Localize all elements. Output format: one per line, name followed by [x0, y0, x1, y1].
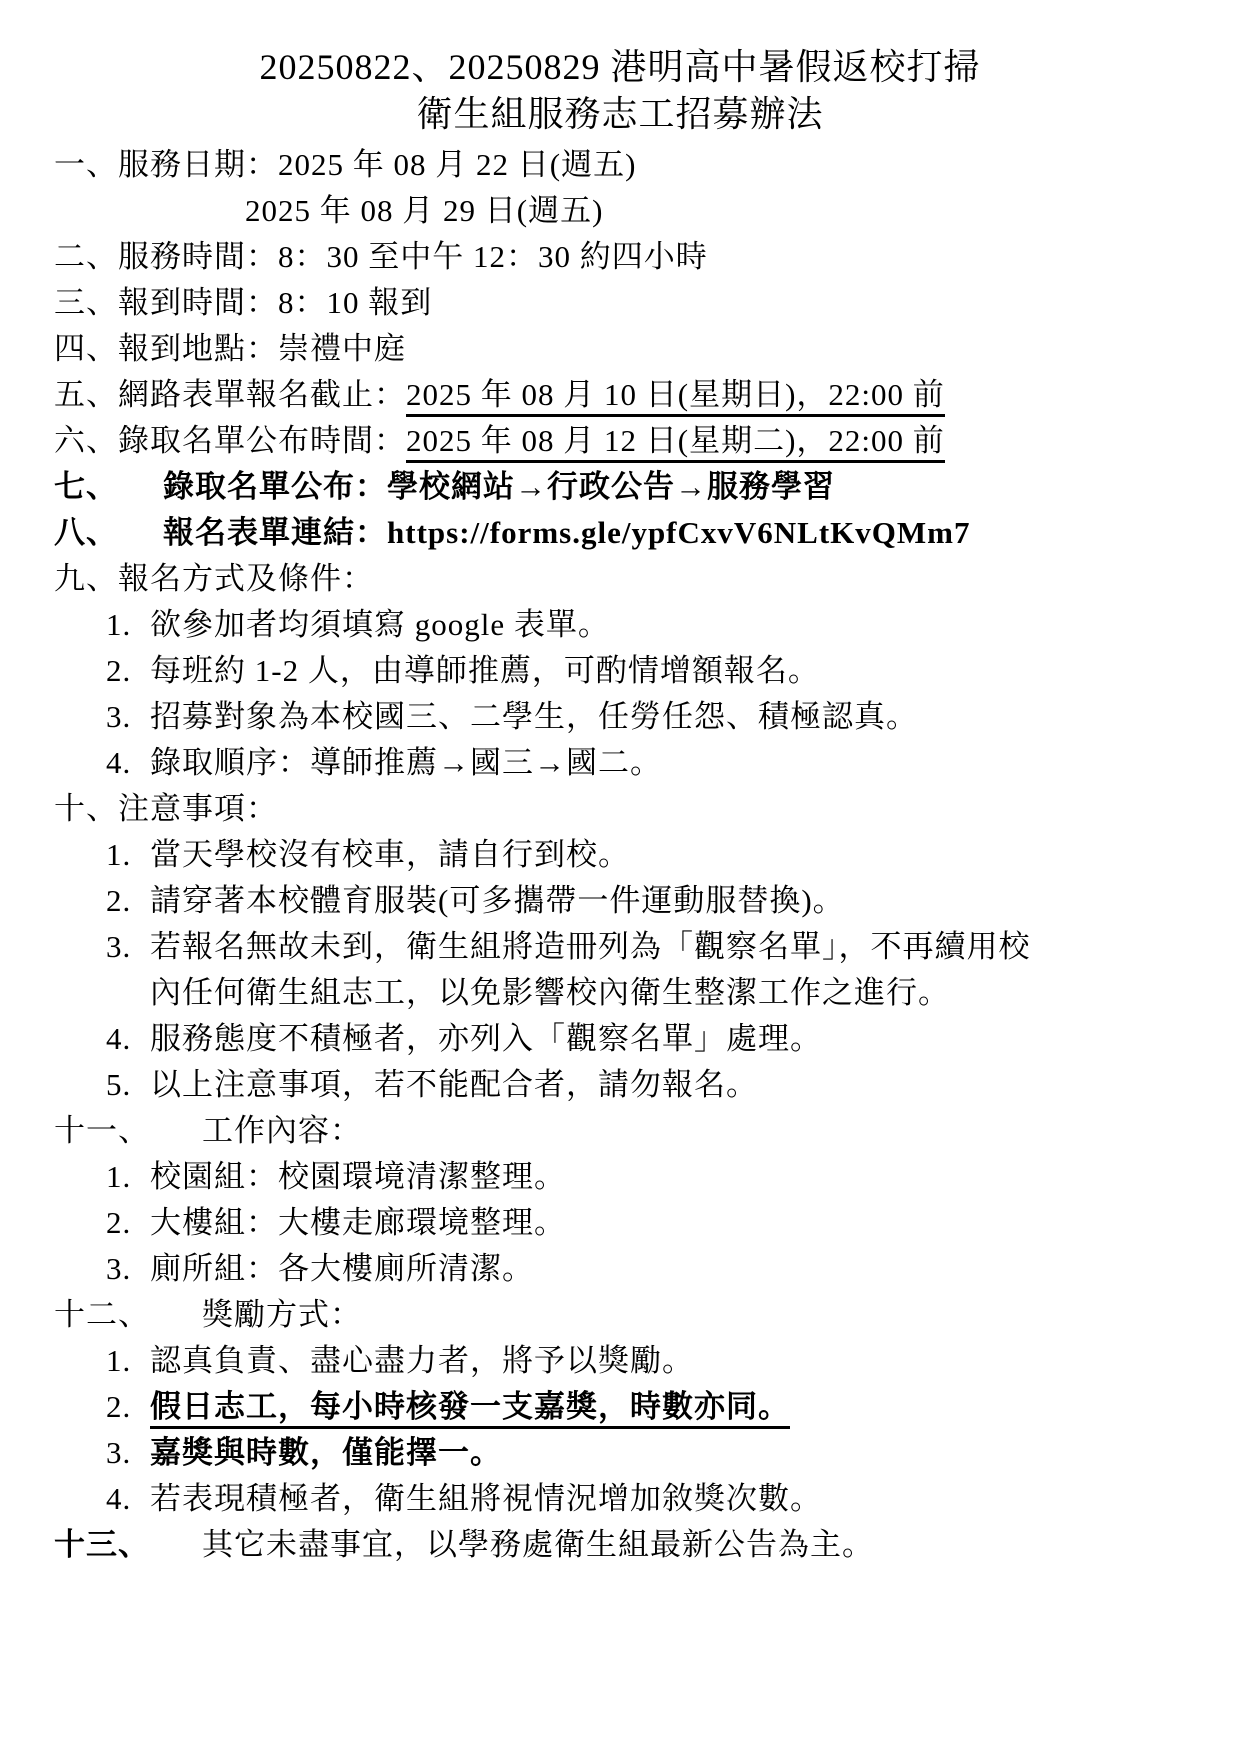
doc-line: 一、服務日期：2025 年 08 月 22 日(週五): [54, 142, 1200, 188]
item-ordinal: 十三、: [54, 1522, 202, 1568]
doc-line: 4.服務態度不積極者，亦列入「觀察名單」處理。: [54, 1016, 1200, 1062]
text-segment: 校園組：校園環境清潔整理。: [150, 1159, 566, 1194]
item-ordinal: 七、: [54, 464, 163, 510]
text-segment: 三、報到時間：8：10 報到: [54, 285, 432, 320]
text-segment: 其它未盡事宜，以學務處衛生組最新公告為主。: [202, 1527, 874, 1562]
document-title-line2: 衛生組服務志工招募辦法: [0, 91, 1240, 138]
item-number: 1.: [106, 832, 150, 878]
text-segment: 報名表單連結：: [163, 515, 387, 550]
text-segment: 六、錄取名單公布時間：: [54, 423, 406, 458]
text-segment: 工作內容：: [202, 1113, 362, 1148]
doc-line: 二、服務時間：8：30 至中午 12：30 約四小時: [54, 234, 1200, 280]
doc-line: 2.每班約 1-2 人，由導師推薦，可酌情增額報名。: [54, 648, 1200, 694]
item-number: 5.: [106, 1062, 150, 1108]
text-segment: 假日志工，每小時核發一支嘉獎，時數亦同。: [150, 1389, 790, 1429]
text-segment: 每班約 1-2 人，由導師推薦，可酌情增額報名。: [150, 653, 820, 688]
text-segment: 請穿著本校體育服裝(可多攜帶一件運動服替換)。: [150, 883, 845, 918]
document-body: 一、服務日期：2025 年 08 月 22 日(週五)2025 年 08 月 2…: [0, 142, 1240, 1568]
doc-line: 五、網路表單報名截止：2025 年 08 月 10 日(星期日)，22:00 前: [54, 372, 1200, 418]
url-text: https://forms.gle/ypfCxvV6NLtKvQMm7: [387, 515, 970, 550]
doc-line: 2025 年 08 月 29 日(週五): [54, 188, 1200, 234]
text-segment: 廁所組：各大樓廁所清潔。: [150, 1251, 534, 1286]
item-number: 4.: [106, 1476, 150, 1522]
item-number: 1.: [106, 602, 150, 648]
item-number: 4.: [106, 1016, 150, 1062]
item-number: 3.: [106, 924, 150, 970]
text-segment: 招募對象為本校國三、二學生，任勞任怨、積極認真。: [150, 699, 918, 734]
doc-line: 八、報名表單連結：https://forms.gle/ypfCxvV6NLtKv…: [54, 510, 1200, 556]
text-segment: 錄取順序：導師推薦→國三→國二。: [150, 745, 662, 780]
doc-line: 六、錄取名單公布時間：2025 年 08 月 12 日(星期二)，22:00 前: [54, 418, 1200, 464]
item-ordinal: 十一、: [54, 1108, 202, 1154]
text-segment: 九、報名方式及條件：: [54, 561, 374, 596]
item-number: 2.: [106, 648, 150, 694]
doc-line: 5.以上注意事項，若不能配合者，請勿報名。: [54, 1062, 1200, 1108]
text-segment: 十、注意事項：: [54, 791, 278, 826]
document-title-line1: 20250822、20250829 港明高中暑假返校打掃: [0, 44, 1240, 91]
item-number: 3.: [106, 694, 150, 740]
text-segment: 欲參加者均須填寫 google 表單。: [150, 607, 610, 642]
text-segment: 錄取名單公布：學校網站→行政公告→服務學習: [163, 469, 835, 504]
text-segment: 2025 年 08 月 12 日(星期二)，22:00 前: [406, 423, 945, 463]
doc-line: 2.大樓組：大樓走廊環境整理。: [54, 1200, 1200, 1246]
text-segment: 大樓組：大樓走廊環境整理。: [150, 1205, 566, 1240]
doc-line: 七、錄取名單公布：學校網站→行政公告→服務學習: [54, 464, 1200, 510]
doc-line: 十二、獎勵方式：: [54, 1292, 1200, 1338]
doc-line: 十、注意事項：: [54, 786, 1200, 832]
doc-line: 1.當天學校沒有校車，請自行到校。: [54, 832, 1200, 878]
item-number: 4.: [106, 740, 150, 786]
item-number: 1.: [106, 1338, 150, 1384]
doc-line: 1.校園組：校園環境清潔整理。: [54, 1154, 1200, 1200]
doc-line: 十一、工作內容：: [54, 1108, 1200, 1154]
document-page: 20250822、20250829 港明高中暑假返校打掃 衛生組服務志工招募辦法…: [0, 0, 1240, 1754]
doc-line: 3.招募對象為本校國三、二學生，任勞任怨、積極認真。: [54, 694, 1200, 740]
text-segment: 內任何衛生組志工，以免影響校內衛生整潔工作之進行。: [150, 975, 950, 1010]
item-number: 1.: [106, 1154, 150, 1200]
doc-line: 十三、其它未盡事宜，以學務處衛生組最新公告為主。: [54, 1522, 1200, 1568]
text-segment: 2025 年 08 月 10 日(星期日)，22:00 前: [406, 377, 945, 417]
doc-line: 九、報名方式及條件：: [54, 556, 1200, 602]
doc-line: 1.認真負責、盡心盡力者，將予以獎勵。: [54, 1338, 1200, 1384]
item-number: 3.: [106, 1430, 150, 1476]
doc-line: 4.錄取順序：導師推薦→國三→國二。: [54, 740, 1200, 786]
doc-line: 3.嘉獎與時數，僅能擇一。: [54, 1430, 1200, 1476]
text-segment: 2025 年 08 月 29 日(週五): [245, 193, 603, 228]
text-segment: 當天學校沒有校車，請自行到校。: [150, 837, 630, 872]
text-segment: 服務態度不積極者，亦列入「觀察名單」處理。: [150, 1021, 822, 1056]
doc-line: 1.欲參加者均須填寫 google 表單。: [54, 602, 1200, 648]
doc-line: 2.假日志工，每小時核發一支嘉獎，時數亦同。: [54, 1384, 1200, 1430]
text-segment: 一、服務日期：2025 年 08 月 22 日(週五): [54, 147, 636, 182]
text-segment: 五、網路表單報名截止：: [54, 377, 406, 412]
doc-line: 3.若報名無故未到，衛生組將造冊列為「觀察名單」，不再續用校: [54, 924, 1200, 970]
doc-line: 內任何衛生組志工，以免影響校內衛生整潔工作之進行。: [54, 970, 1200, 1016]
text-segment: 認真負責、盡心盡力者，將予以獎勵。: [150, 1343, 694, 1378]
text-segment: 若報名無故未到，衛生組將造冊列為「觀察名單」，不再續用校: [150, 929, 1031, 964]
text-segment: 四、報到地點：崇禮中庭: [54, 331, 406, 366]
doc-line: 3.廁所組：各大樓廁所清潔。: [54, 1246, 1200, 1292]
item-ordinal: 八、: [54, 510, 163, 556]
text-segment: 以上注意事項，若不能配合者，請勿報名。: [150, 1067, 758, 1102]
doc-line: 2.請穿著本校體育服裝(可多攜帶一件運動服替換)。: [54, 878, 1200, 924]
item-number: 2.: [106, 878, 150, 924]
text-segment: 嘉獎與時數，僅能擇一。: [150, 1435, 502, 1470]
text-segment: 獎勵方式：: [202, 1297, 362, 1332]
item-number: 3.: [106, 1246, 150, 1292]
item-ordinal: 十二、: [54, 1292, 202, 1338]
doc-line: 三、報到時間：8：10 報到: [54, 280, 1200, 326]
item-number: 2.: [106, 1200, 150, 1246]
text-segment: 二、服務時間：8：30 至中午 12：30 約四小時: [54, 239, 708, 274]
item-number: 2.: [106, 1384, 150, 1430]
doc-line: 四、報到地點：崇禮中庭: [54, 326, 1200, 372]
text-segment: 若表現積極者，衛生組將視情況增加敘獎次數。: [150, 1481, 822, 1516]
doc-line: 4.若表現積極者，衛生組將視情況增加敘獎次數。: [54, 1476, 1200, 1522]
